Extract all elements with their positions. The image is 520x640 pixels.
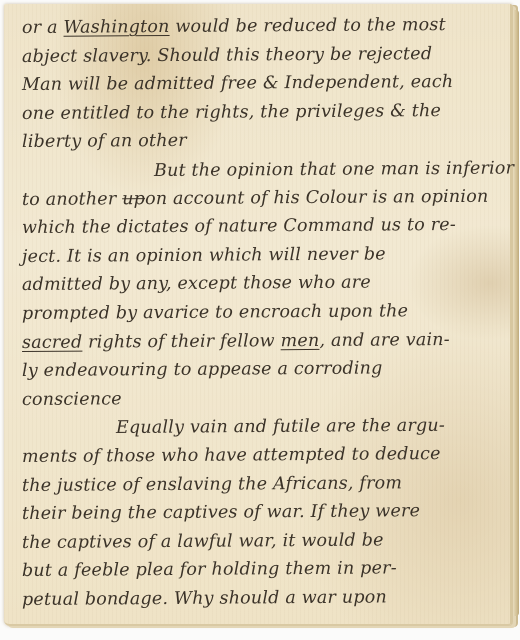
- line-text: to another upon account of his Colour is…: [22, 186, 489, 209]
- line-text: which the dictates of nature Command us …: [22, 215, 456, 238]
- manuscript-line-7: to another upon account of his Colour is…: [22, 186, 489, 209]
- line-text: ly endeavouring to appease a corroding: [22, 359, 383, 382]
- manuscript-line-21: petual bondage. Why should a war upon: [22, 587, 387, 610]
- manuscript-line-6: But the opinion that one man is inferior: [154, 158, 514, 181]
- manuscript-line-9: ject. It is an opinion which will never …: [22, 244, 386, 267]
- manuscript-line-17: the justice of enslaving the Africans, f…: [22, 473, 402, 496]
- line-text: liberty of an other: [22, 131, 187, 152]
- line-text: abject slavery. Should this theory be re…: [22, 44, 432, 67]
- line-text: one entitled to the rights, the privileg…: [22, 101, 441, 124]
- manuscript-line-3: Man will be admitted free & Independent,…: [22, 72, 453, 95]
- line-text: Equally vain and futile are the argu-: [116, 416, 445, 438]
- line-text: the captives of a lawful war, it would b…: [22, 530, 384, 553]
- line-text: the justice of enslaving the Africans, f…: [22, 473, 402, 496]
- manuscript-line-5: liberty of an other: [22, 131, 187, 152]
- manuscript-line-15: Equally vain and futile are the argu-: [116, 416, 445, 438]
- line-text: prompted by avarice to encroach upon the: [22, 301, 408, 324]
- manuscript-line-20: but a feeble plea for holding them in pe…: [22, 559, 397, 582]
- line-text: ments of those who have attempted to ded…: [22, 444, 441, 467]
- manuscript-line-19: the captives of a lawful war, it would b…: [22, 530, 384, 553]
- manuscript-line-4: one entitled to the rights, the privileg…: [22, 101, 441, 124]
- line-text: their being the captives of war. If they…: [22, 501, 420, 524]
- line-text: But the opinion that one man is inferior: [154, 158, 514, 181]
- manuscript-line-14: conscience: [22, 389, 122, 410]
- page-edge: [513, 10, 519, 616]
- manuscript-line-11: prompted by avarice to encroach upon the: [22, 301, 408, 324]
- manuscript-line-10: admitted by any, except those who are: [22, 273, 371, 295]
- line-text: or a Washington would be reduced to the …: [22, 15, 446, 38]
- line-text: ject. It is an opinion which will never …: [22, 244, 386, 267]
- manuscript-line-16: ments of those who have attempted to ded…: [22, 444, 441, 467]
- manuscript-line-12: sacred rights of their fellow men, and a…: [22, 330, 450, 353]
- line-text: Man will be admitted free & Independent,…: [22, 72, 453, 95]
- manuscript-line-2: abject slavery. Should this theory be re…: [22, 44, 432, 67]
- line-text: sacred rights of their fellow men, and a…: [22, 330, 450, 353]
- manuscript-line-13: ly endeavouring to appease a corroding: [22, 359, 383, 382]
- line-text: but a feeble plea for holding them in pe…: [22, 559, 397, 582]
- line-text: admitted by any, except those who are: [22, 273, 371, 295]
- line-text: conscience: [22, 389, 122, 410]
- manuscript-page: or a Washington would be reduced to the …: [4, 4, 513, 626]
- manuscript-line-18: their being the captives of war. If they…: [22, 501, 420, 524]
- manuscript-line-1: or a Washington would be reduced to the …: [22, 15, 446, 38]
- manuscript-line-8: which the dictates of nature Command us …: [22, 215, 456, 238]
- line-text: petual bondage. Why should a war upon: [22, 587, 387, 610]
